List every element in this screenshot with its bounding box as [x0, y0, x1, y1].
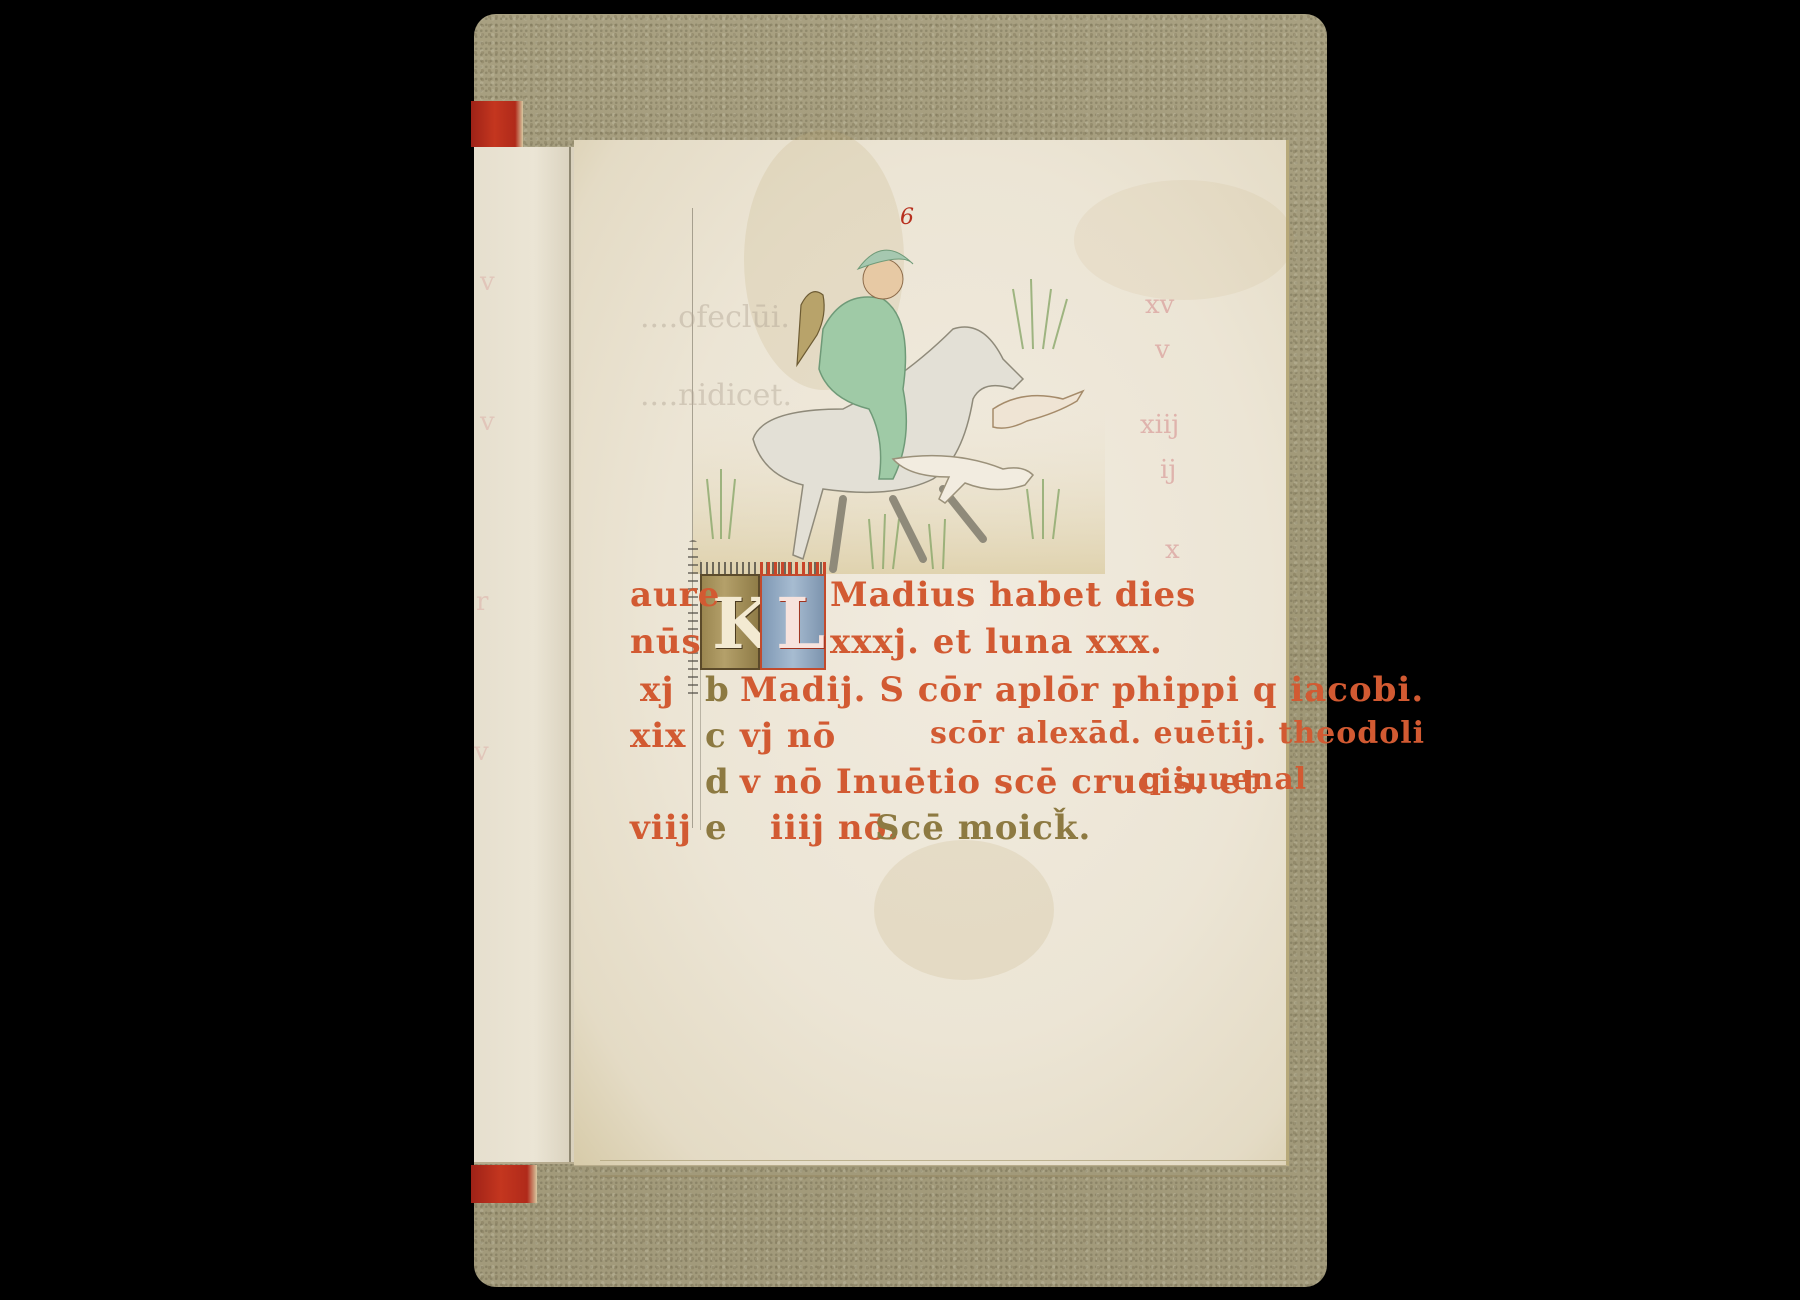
dominical-letter: c [705, 716, 727, 756]
margin-golden-number: viij [630, 808, 692, 848]
show-through-numeral: xiij [1140, 410, 1179, 440]
left-page-ghost-mark: v [480, 267, 495, 297]
show-through-numeral: x [1165, 535, 1180, 565]
miniature-falconer-illustration [693, 239, 1105, 574]
calendar-heading-line: Madius habet dies [830, 575, 1196, 615]
show-through-numeral: v [1155, 335, 1170, 365]
left-page-ghost-mark: v [480, 407, 495, 437]
left-page-ghost-mark: r [476, 587, 488, 617]
dominical-letter: d [705, 762, 730, 802]
red-binding-top [471, 101, 523, 147]
calendar-entry-saints: q iuuenal [1140, 762, 1307, 797]
left-page-leaf: v v r v [474, 147, 574, 1164]
page-edges [600, 1160, 1290, 1177]
margin-golden-number: aure [630, 575, 720, 615]
calendar-entry-feast: Scē moicǩ. [875, 808, 1091, 848]
calendar-entry: Madij. S cōr aplōr phippi q iacobi. [740, 670, 1424, 710]
margin-golden-number: nūs [630, 622, 702, 662]
falconer-hunt-scene-icon [693, 239, 1105, 574]
margin-golden-number: xix [630, 716, 686, 756]
dominical-letter: e [705, 808, 728, 848]
margin-golden-number: xj [640, 670, 675, 710]
pen-flourish [688, 540, 698, 700]
red-binding-bottom [471, 1165, 537, 1203]
initial-crest-decoration-red [760, 562, 826, 574]
dominical-letter: b [705, 670, 730, 710]
folio-number: 6 [900, 205, 914, 230]
left-page-ghost-mark: v [474, 737, 489, 767]
calendar-entry: vj nō [740, 716, 836, 756]
show-through-numeral: ij [1160, 455, 1176, 485]
stain [874, 840, 1054, 980]
calendar-entry-saints: scōr alexād. euētij. theodoli [930, 716, 1425, 751]
gutter-fold [569, 147, 571, 1162]
calendar-heading-line: xxxj. et luna xxx. [830, 622, 1163, 662]
initial-letter-l: L [760, 574, 826, 670]
stain [1074, 180, 1294, 300]
show-through-numeral: xv [1145, 290, 1174, 320]
